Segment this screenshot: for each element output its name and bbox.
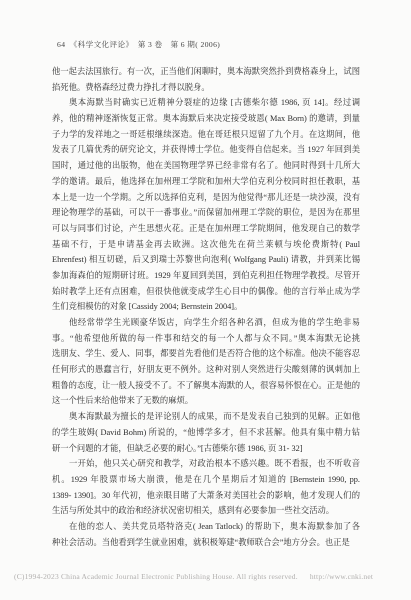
text-line: 始时教学上还有点困难，但很快他就变成学生心目中的偶像。他的言行举止成为学 — [52, 284, 360, 300]
paragraph: 奥本海默当时确实已近精神分裂症的边缘 [古德柴尔德 1986, 页 14]。经过… — [52, 95, 360, 315]
paragraph: 奥本海默最为擅长的是评论别人的成果，而不是发表自己独到的见解。正如他的学生玻姆(… — [52, 409, 360, 456]
text-line: 学的邀请。最后，他选择在加州理工学院和加州大学伯克利分校同时担任教职，基 — [52, 174, 360, 190]
text-line: 1389- 1390]。30 年代初，他亲眼目睹了大萧条对美国社会的影响，他才发… — [52, 488, 360, 504]
text-line: 的学生玻姆( David Bohm) 所说的，“他博学多才，但不求甚解。他具有集… — [52, 425, 360, 441]
journal-page: 64 《科学文化评论》 第 3 卷 第 6 期( 2006) 他一起去法国旅行。… — [0, 0, 411, 600]
text-line: 养，他的精神逐渐恢复正常。奥本海默后来决定接受玻恩( Max Born) 的邀请… — [52, 111, 360, 127]
text-line: 种社会活动。当他看到学生就业困难，就积极筹建“教师联合会”地方分会。也正是 — [52, 535, 360, 551]
journal-header: 64 《科学文化评论》 第 3 卷 第 6 期( 2006) — [57, 39, 220, 50]
text-line: 事。“他希望他所做的每一件事和结交的每一个人都与众不同。”奥本海默无论挑 — [52, 331, 360, 347]
paragraph: 他经常带学生光顾豪华饭店，向学生介绍各种名酒，但成为他的学生绝非易事。“他希望他… — [52, 315, 360, 409]
text-line: 机。1929 年股票市场大崩溃，他是在几个星期后才知道的 [Bernstein … — [52, 472, 360, 488]
text-line: 任何形式的愚蠢言行，好朋友更不例外。这种对别人突然进行尖酸刻薄的讽刺加上 — [52, 362, 360, 378]
article-body: 他一起去法国旅行。有一次，正当他们闲聊时，奥本海默突然扑到费格森身上，试图掐死他… — [52, 64, 360, 550]
text-line: 他经常带学生光顾豪华饭店，向学生介绍各种名酒，但成为他的学生绝非易 — [52, 315, 360, 331]
paragraph: 在他的恋人、美共党员塔特洛克( Jean Tatlock) 的帮助下，奥本海默参… — [52, 519, 360, 550]
text-line: 国时，通过他的出版物，他在美国物理学界已经非常有名了。他同时得到十几所大 — [52, 158, 360, 174]
paragraph: 一开始，他只关心研究和教学，对政治根本不感兴趣。既不看报，也不听收音机。1929… — [52, 456, 360, 519]
text-line: 奥本海默当时确实已近精神分裂症的边缘 [古德柴尔德 1986, 页 14]。经过… — [52, 95, 360, 111]
text-line: 发表了几篇优秀的研究论文，并获得博士学位。他变得自信起来。当 1927 年回到美 — [52, 142, 360, 158]
text-line: 参加海森伯的短期研讨班。1929 年夏回到美国，到伯克利担任物理学教授。尽管开 — [52, 268, 360, 284]
text-line: Ehrenfest) 相互切磋，后又到瑞士苏黎世向泡利( Wolfgang Pa… — [52, 252, 360, 268]
text-line: 奥本海默最为擅长的是评论别人的成果，而不是发表自己独到的见解。正如他 — [52, 409, 360, 425]
text-line: 基础不行，于是申请基金再去欧洲。这次他先在荷兰莱顿与埃伦费斯特( Paul — [52, 237, 360, 253]
text-line: 本上是一边一个学期。之所以选择伯克利，是因为他觉得“那儿还是一块沙漠，没有 — [52, 190, 360, 206]
text-line: 可以与同事们讨论，产生思想火花。正是在加州理工学院期间，他发现自己的数学 — [52, 221, 360, 237]
text-line: 在他的恋人、美共党员塔特洛克( Jean Tatlock) 的帮助下，奥本海默参… — [52, 519, 360, 535]
text-line: 选朋友、学生、爱人、同事，都要首先看他们是否符合他的这个标准。他决不能容忍 — [52, 346, 360, 362]
text-line: 生活与所处其中的政治和经济状况密切相关，感到有必要参加一些社交活动。 — [52, 503, 360, 519]
text-line: 子力学的发祥地之一哥廷根继续深造。他在哥廷根只逗留了九个月。在这期间，他 — [52, 127, 360, 143]
text-line: 这一个性后来给他带来了无数的麻烦。 — [52, 393, 360, 409]
text-line: 生们竞相模仿的对象 [Cassidy 2004; Bernstein 2004]… — [52, 299, 360, 315]
text-line: 粗鲁的态度，让一般人接受不了。不了解奥本海默的人，很容易怀恨在心。正是他的 — [52, 378, 360, 394]
text-line: 他一起去法国旅行。有一次，正当他们闲聊时，奥本海默突然扑到费格森身上，试图 — [52, 64, 360, 80]
text-line: 一开始，他只关心研究和教学，对政治根本不感兴趣。既不看报，也不听收音 — [52, 456, 360, 472]
text-line: 理论物理学的基础，可以干一番事业。”而保留加州理工学院的职位，是因为在那里 — [52, 205, 360, 221]
copyright-text: (C)1994-2023 China Academic Journal Elec… — [14, 572, 298, 581]
cnki-url: http://www.cnki.net — [310, 572, 373, 581]
text-line: 掐死他。费格森经过费力挣扎才得以脱身。 — [52, 80, 360, 96]
text-line: 研一个问题的才能，但缺乏必要的耐心。”[古德柴尔德 1986, 页 31- 32… — [52, 441, 360, 457]
page-footer: (C)1994-2023 China Academic Journal Elec… — [14, 572, 373, 581]
paragraph: 他一起去法国旅行。有一次，正当他们闲聊时，奥本海默突然扑到费格森身上，试图掐死他… — [52, 64, 360, 95]
